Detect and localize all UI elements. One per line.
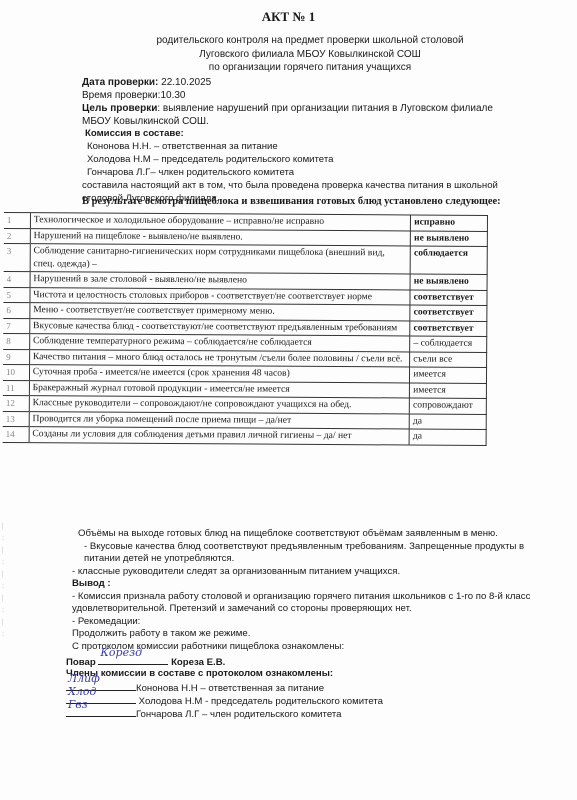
check-time-value: 10.30	[160, 90, 185, 101]
row-number: 1	[4, 212, 30, 228]
document-page: АКТ № 1 родительского контроля на предме…	[0, 0, 577, 800]
check-result: сопровождают	[409, 398, 486, 414]
subtitle-line: родительского контроля на предмет провер…	[80, 34, 540, 48]
check-result: да	[409, 429, 486, 445]
member-signature: ГвзГончарова Л.Г – член родительского ко…	[66, 707, 341, 722]
row-number: 4	[4, 271, 30, 287]
members-ack-label: Члены комиссии в составе с протоколом оз…	[66, 668, 333, 681]
check-date-label: Дата проверки:	[82, 77, 158, 88]
commission-block: Комиссия в составе: Кононова Н.Н. – отве…	[85, 127, 545, 205]
member-name: Гончарова Л.Г – член родительского комит…	[136, 709, 341, 720]
check-time-label: Время проверки:	[82, 90, 160, 101]
row-number: 3	[4, 243, 30, 271]
row-number: 7	[3, 318, 29, 334]
recommendations-text: Продолжить работу в таком же режиме.	[72, 628, 532, 641]
row-number: 12	[3, 395, 29, 411]
check-result: да	[409, 413, 486, 429]
checklist-table: 1Технологическое и холодильное оборудова…	[3, 212, 488, 445]
check-result: имеется	[410, 367, 487, 383]
row-number: 9	[3, 349, 29, 365]
row-number: 2	[4, 228, 30, 244]
margin-marks: |:|:|:|:|:	[2, 520, 14, 720]
handwritten-signature: Ллиф	[68, 673, 100, 686]
member-name: Кононова Н.Н – ответственная за питание	[136, 683, 324, 694]
cook-label: Повар	[66, 657, 96, 668]
row-number: 10	[3, 364, 29, 380]
handwritten-signature: Хлод	[68, 686, 96, 699]
check-result: соответствует	[410, 305, 487, 321]
row-number: 13	[3, 411, 29, 427]
commission-label: Комиссия в составе:	[85, 127, 545, 140]
check-item: Соблюдение санитарно-гигиенических норм …	[30, 244, 411, 274]
check-result: не выявлено	[410, 274, 487, 290]
handwritten-signature: Корезд	[100, 647, 142, 660]
check-result: соответствует	[410, 320, 487, 336]
notes-block: Объёмы на выходе готовых блюд на пищебло…	[72, 528, 532, 653]
commission-member: Холодова Н.М – председатель родительског…	[85, 153, 545, 166]
table-row: 3Соблюдение санитарно-гигиенических норм…	[4, 243, 488, 274]
check-goal: Цель проверки: выявление нарушений при о…	[82, 102, 522, 128]
commission-member: Гончарова Л.Г– члкен родительского комит…	[85, 166, 545, 179]
conclusion-label: Вывод :	[72, 578, 532, 591]
commission-member: Кононова Н.Н. – ответственная за питание	[85, 140, 545, 153]
act-title: АКТ № 1	[0, 9, 577, 25]
notes-line: - Вкусовые качества блюд соответствуют п…	[72, 541, 532, 566]
check-result: соответствует	[410, 289, 487, 305]
row-number: 11	[3, 380, 29, 396]
act-subtitle: родительского контроля на предмет провер…	[80, 34, 540, 75]
check-date-value: 22.10.2025	[158, 77, 211, 88]
check-result: – соблюдается	[410, 336, 487, 352]
check-result: не выявлено	[411, 230, 488, 246]
signature-line: Гвз	[66, 707, 136, 717]
check-result: съели все	[410, 351, 487, 367]
row-number: 8	[3, 333, 29, 349]
cook-name: Кореза Е.В.	[171, 657, 225, 668]
member-name: Холодова Н.М - председатель родительског…	[136, 696, 383, 707]
check-result: исправно	[411, 215, 488, 231]
subtitle-line: по организации горячего питания учащихся	[80, 61, 540, 75]
check-time: Время проверки:10.30	[82, 89, 186, 102]
signature-line: Корезд	[98, 655, 168, 665]
check-goal-label: Цель проверки	[82, 103, 157, 114]
result-heading: В результате осмотра пищеблока и взвешив…	[82, 196, 501, 207]
conclusion-text: - Комиссия признала работу столовой и ор…	[72, 591, 532, 616]
check-date: Дата проверки: 22.10.2025	[82, 76, 211, 89]
row-number: 6	[3, 302, 29, 318]
handwritten-signature: Гвз	[68, 699, 88, 712]
notes-line: - классные руководители следят за органи…	[72, 566, 532, 579]
table-row: 14Созданы ли условия для соблюдения деть…	[3, 426, 487, 444]
row-number: 14	[3, 426, 29, 442]
row-number: 5	[3, 287, 29, 303]
check-result: соблюдается	[410, 246, 487, 274]
check-result: имеется	[410, 382, 487, 398]
recommendations-label: - Рекомедации:	[72, 616, 532, 629]
subtitle-line: Луговского филиала МБОУ Ковылкинской СОШ	[80, 48, 540, 62]
notes-line: Объёмы на выходе готовых блюд на пищебло…	[72, 528, 532, 541]
check-item: Созданы ли условия для соблюдения детьми…	[29, 427, 410, 445]
